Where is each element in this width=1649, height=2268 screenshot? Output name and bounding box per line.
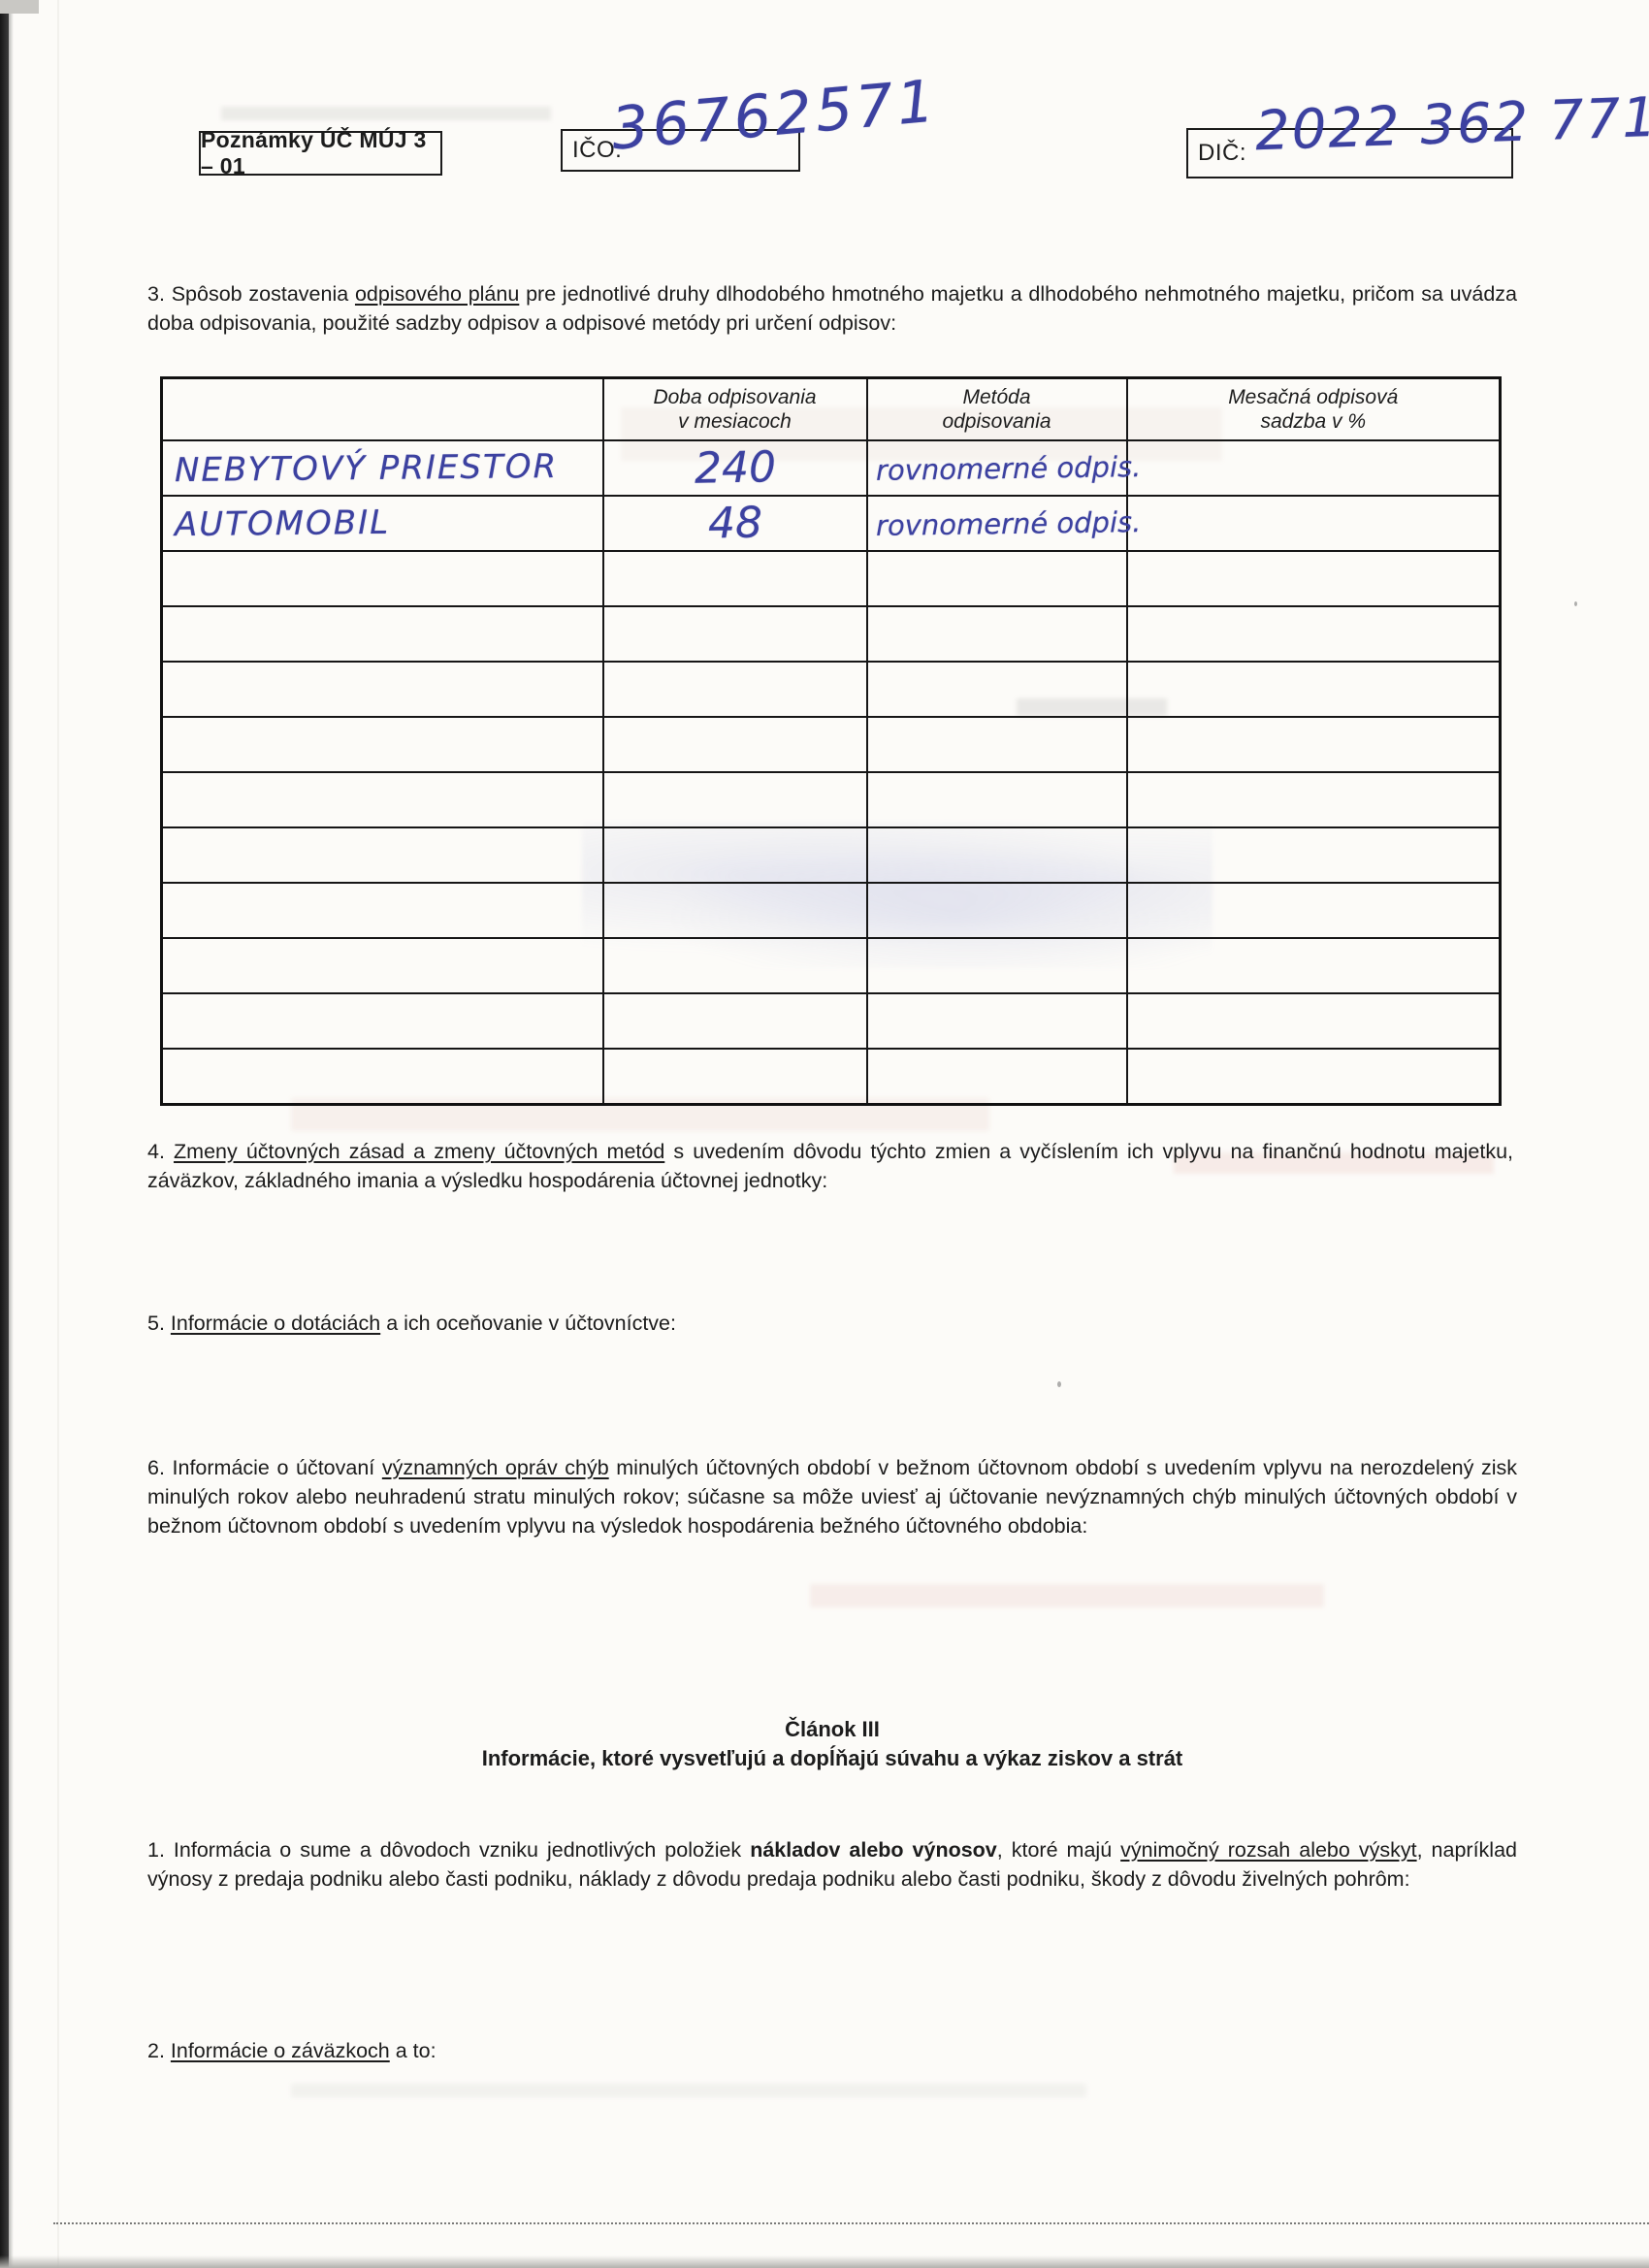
article-item-2-paragraph: 2. Informácie o záväzkoch a to: <box>147 2036 1117 2065</box>
empty-cell <box>603 717 867 772</box>
scanned-form-page: Poznámky ÚČ MÚJ 3 – 01 IČO: 36762571 DIČ… <box>0 0 1649 2268</box>
header-rate: Mesačná odpisová sadzba v % <box>1127 378 1501 441</box>
table-header-row: Doba odpisovania v mesiacoch Metóda odpi… <box>162 378 1501 441</box>
asset-cell: AUTOMOBIL <box>162 496 603 551</box>
section-6-paragraph: 6. Informácie o účtovaní významných oprá… <box>147 1453 1517 1540</box>
dic-handwritten-value: 2022 362 771 <box>1254 86 1649 163</box>
table-row-empty <box>162 772 1501 827</box>
dic-label: DIČ: <box>1188 140 1246 167</box>
header-rate-line1: Mesačná odpisová <box>1128 385 1500 409</box>
header-months-line2: v mesiacoch <box>604 409 866 434</box>
section-5-text: a ich oceňovanie v účtovníctve: <box>380 1312 676 1335</box>
empty-cell <box>1127 717 1501 772</box>
empty-cell <box>1127 606 1501 662</box>
header-asset-blank <box>162 378 603 441</box>
empty-cell <box>1127 938 1501 993</box>
table-row-empty <box>162 883 1501 938</box>
article-item-2-underlined: Informácie o záväzkoch <box>171 2039 390 2062</box>
section-6-text: 6. Informácie o účtovaní <box>147 1456 382 1479</box>
article-3-title: Článok III <box>147 1715 1517 1744</box>
asset-cell: NEBYTOVÝ PRIESTOR <box>162 440 603 496</box>
empty-cell <box>1127 1049 1501 1105</box>
header-method-line1: Metóda <box>868 385 1126 409</box>
empty-cell <box>603 883 867 938</box>
empty-cell <box>162 938 603 993</box>
depreciation-table: Doba odpisovania v mesiacoch Metóda odpi… <box>160 376 1502 1106</box>
empty-cell <box>162 662 603 717</box>
section-6-underlined: významných opráv chýb <box>382 1456 609 1479</box>
empty-cell <box>162 551 603 606</box>
table-row-empty <box>162 993 1501 1049</box>
article-item-1-bold: nákladov alebo výnosov <box>750 1838 997 1862</box>
ink-speck <box>1574 601 1577 606</box>
scan-edge-left-fade <box>9 0 14 2268</box>
empty-cell <box>867 883 1127 938</box>
header-months-line1: Doba odpisovania <box>604 385 866 409</box>
empty-cell <box>867 1049 1127 1105</box>
empty-cell <box>867 772 1127 827</box>
empty-cell <box>867 938 1127 993</box>
table-row: AUTOMOBIL 48 rovnomerné odpis. <box>162 496 1501 551</box>
empty-cell <box>162 883 603 938</box>
ink-speck <box>1057 1381 1061 1387</box>
empty-cell <box>1127 883 1501 938</box>
months-handwritten: 240 <box>694 442 776 493</box>
rate-cell <box>1127 440 1501 496</box>
article-3-subtitle: Informácie, ktoré vysvetľujú a dopĺňajú … <box>147 1744 1517 1773</box>
article-item-2-text: 2. <box>147 2039 171 2062</box>
article-item-1-underlined: výnimočný rozsah alebo výskyt <box>1120 1838 1416 1862</box>
paper-fold-line <box>57 0 59 2268</box>
table-row: NEBYTOVÝ PRIESTOR 240 rovnomerné odpis. <box>162 440 1501 496</box>
empty-cell <box>1127 551 1501 606</box>
header-rate-line2: sadzba v % <box>1128 409 1500 434</box>
table-row-empty <box>162 606 1501 662</box>
empty-cell <box>162 606 603 662</box>
header-method-line2: odpisovania <box>868 409 1126 434</box>
header-method: Metóda odpisovania <box>867 378 1127 441</box>
method-cell: rovnomerné odpis. <box>867 440 1127 496</box>
article-item-2-text: a to: <box>390 2039 436 2062</box>
empty-cell <box>867 717 1127 772</box>
empty-cell <box>1127 827 1501 883</box>
section-3-text: 3. Spôsob zostavenia <box>147 282 355 306</box>
section-3-paragraph: 3. Spôsob zostavenia odpisového plánu pr… <box>147 279 1517 338</box>
empty-cell <box>867 551 1127 606</box>
ico-handwritten-value: 36762571 <box>609 67 941 163</box>
table-row-empty <box>162 938 1501 993</box>
empty-cell <box>603 551 867 606</box>
empty-cell <box>603 938 867 993</box>
empty-cell <box>867 606 1127 662</box>
section-3-underlined: odpisového plánu <box>355 282 519 306</box>
section-5-text: 5. <box>147 1312 171 1335</box>
empty-cell <box>603 662 867 717</box>
empty-cell <box>162 827 603 883</box>
months-cell: 48 <box>603 496 867 551</box>
section-5-underlined: Informácie o dotáciách <box>171 1312 380 1335</box>
table-row-empty <box>162 717 1501 772</box>
asset-name-handwritten: AUTOMOBIL <box>175 502 390 543</box>
form-title: Poznámky ÚČ MÚJ 3 – 01 <box>201 127 440 179</box>
method-handwritten: rovnomerné odpis. <box>875 505 1141 542</box>
empty-cell <box>1127 662 1501 717</box>
months-cell: 240 <box>603 440 867 496</box>
article-item-1-paragraph: 1. Informácia o sume a dôvodoch vzniku j… <box>147 1835 1517 1894</box>
empty-cell <box>1127 772 1501 827</box>
article-3-heading: Článok III Informácie, ktoré vysvetľujú … <box>147 1715 1517 1773</box>
empty-cell <box>162 717 603 772</box>
method-handwritten: rovnomerné odpis. <box>875 450 1141 487</box>
empty-cell <box>603 772 867 827</box>
method-cell: rovnomerné odpis. <box>867 496 1127 551</box>
scan-edge-bottom <box>0 2255 1649 2268</box>
form-title-box: Poznámky ÚČ MÚJ 3 – 01 <box>199 131 442 176</box>
empty-cell <box>162 1049 603 1105</box>
scan-edge-top <box>0 0 39 14</box>
empty-cell <box>867 662 1127 717</box>
header-months: Doba odpisovania v mesiacoch <box>603 378 867 441</box>
section-4-underlined: Zmeny účtovných zásad a zmeny účtovných … <box>174 1140 664 1163</box>
empty-cell <box>867 827 1127 883</box>
article-item-1-text: 1. Informácia o sume a dôvodoch vzniku j… <box>147 1838 750 1862</box>
asset-name-handwritten: NEBYTOVÝ PRIESTOR <box>175 446 559 489</box>
showthrough-artifact <box>810 1584 1324 1607</box>
table-row-empty <box>162 551 1501 606</box>
table-row-empty <box>162 1049 1501 1105</box>
rate-cell <box>1127 496 1501 551</box>
empty-cell <box>162 993 603 1049</box>
article-item-1-text: , ktoré majú <box>997 1838 1120 1862</box>
empty-cell <box>603 1049 867 1105</box>
section-5-paragraph: 5. Informácie o dotáciách a ich oceňovan… <box>147 1309 1311 1338</box>
empty-cell <box>603 827 867 883</box>
showthrough-artifact <box>291 2084 1086 2097</box>
scan-edge-left <box>0 0 9 2268</box>
bottom-dashed-line <box>53 2222 1649 2224</box>
months-handwritten: 48 <box>707 499 762 549</box>
empty-cell <box>162 772 603 827</box>
section-4-text: 4. <box>147 1140 174 1163</box>
table-row-empty <box>162 827 1501 883</box>
showthrough-artifact <box>221 107 551 120</box>
empty-cell <box>603 606 867 662</box>
table-row-empty <box>162 662 1501 717</box>
empty-cell <box>603 993 867 1049</box>
empty-cell <box>1127 993 1501 1049</box>
empty-cell <box>867 993 1127 1049</box>
section-4-paragraph: 4. Zmeny účtovných zásad a zmeny účtovný… <box>147 1137 1513 1195</box>
